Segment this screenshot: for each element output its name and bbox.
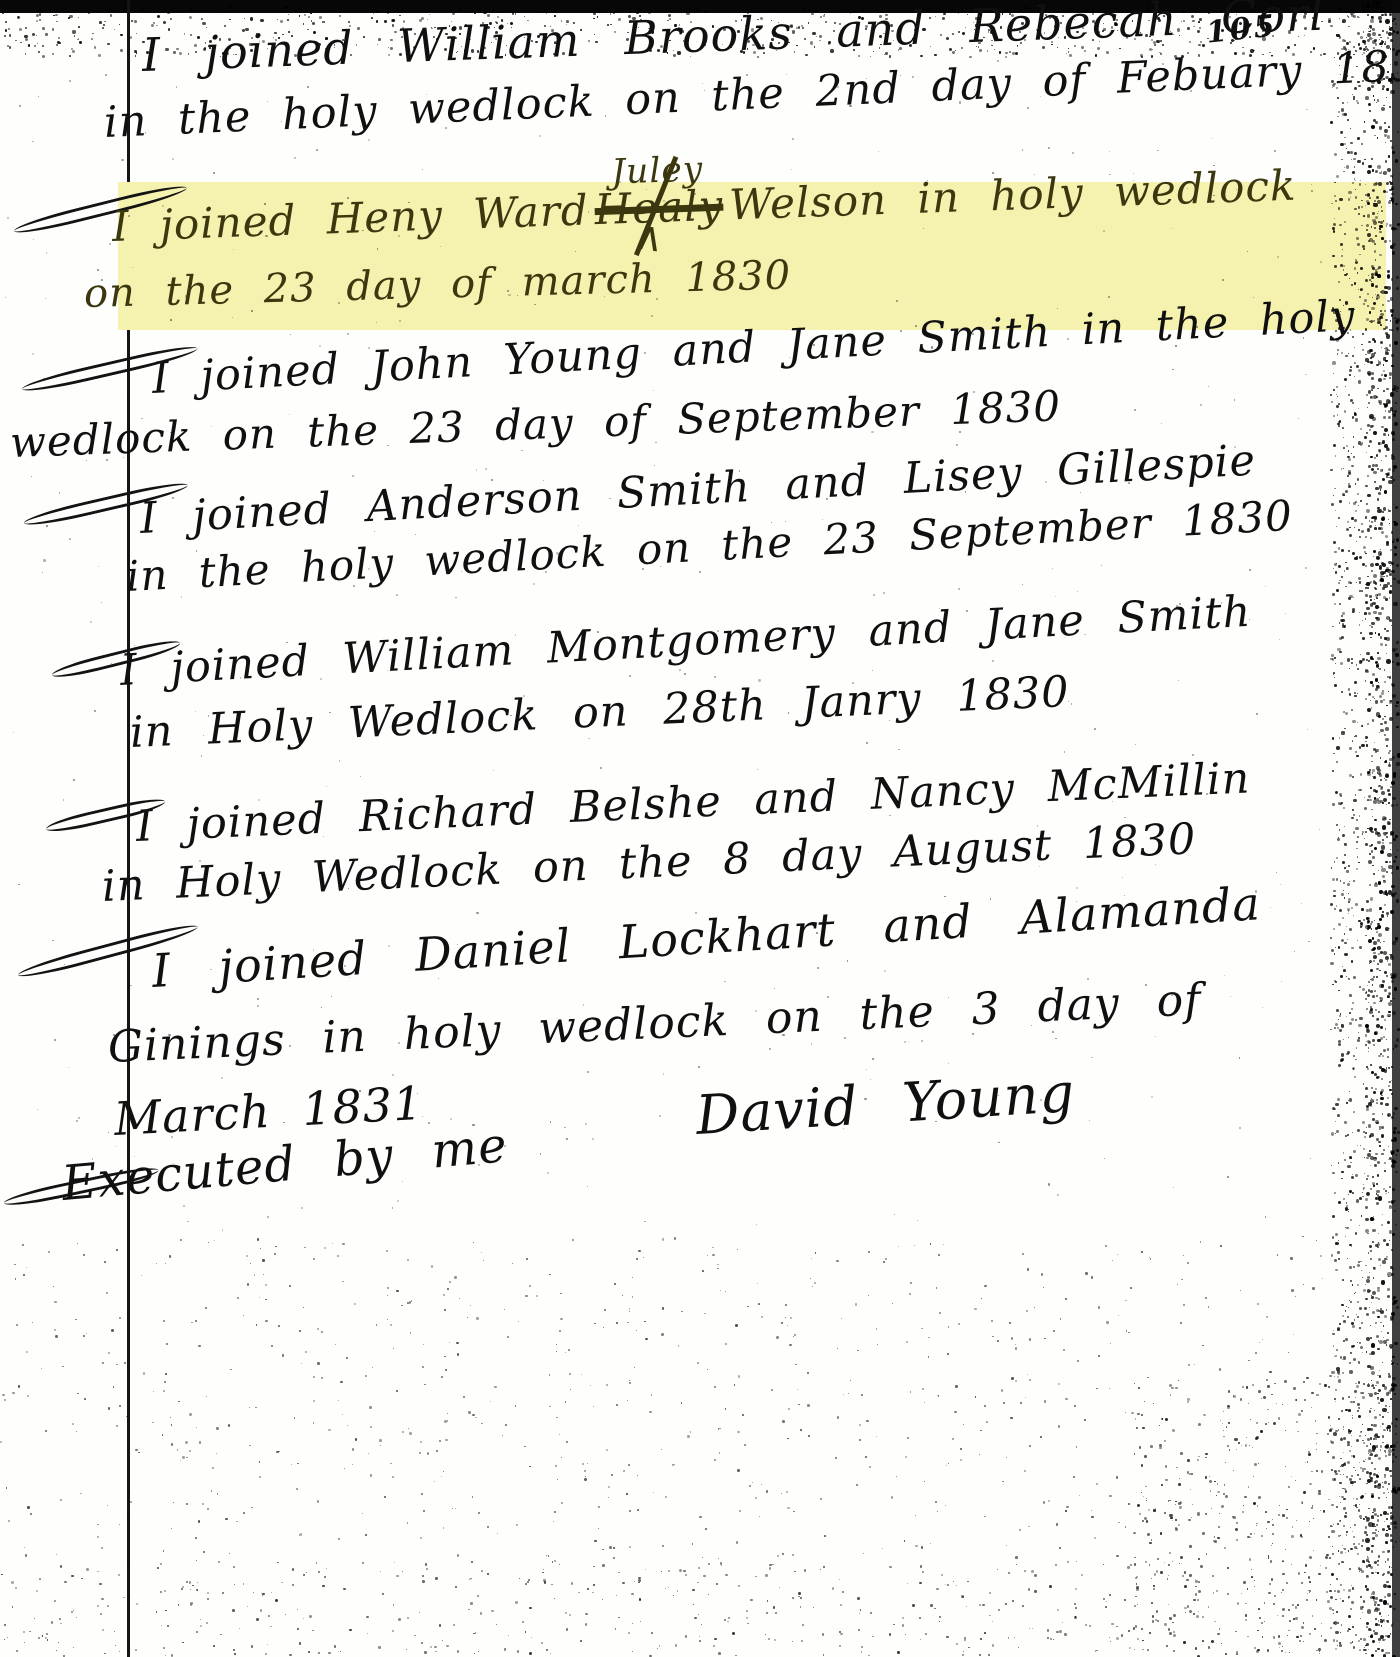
- correction-stack: JuleyHealy∧: [594, 183, 724, 234]
- officiant-signature: David Young: [694, 1063, 1077, 1145]
- register-entry-line: I joined William Montgomery and Jane Smi…: [119, 589, 1253, 696]
- inserted-word: Juley: [611, 152, 704, 193]
- scan-right-edge: [1392, 0, 1400, 1657]
- scanned-register-page: 105 I joined William Brooks and Rebecah …: [0, 0, 1400, 1657]
